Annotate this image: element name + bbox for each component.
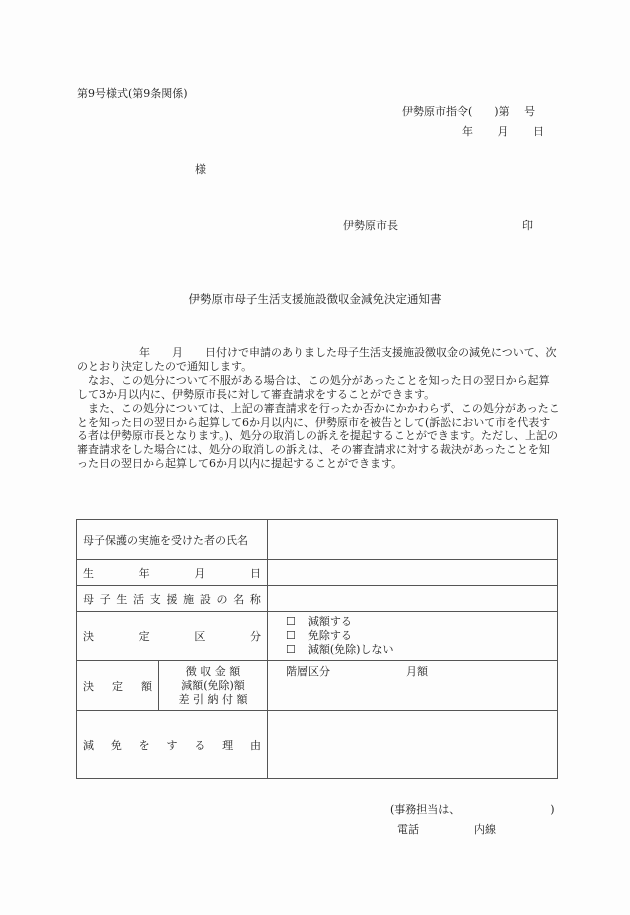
value-facility-name[interactable] — [268, 586, 558, 612]
document-number: 伊勢原市指令( )第 号 — [402, 103, 535, 119]
checkbox-icon: ☐ — [286, 615, 296, 629]
table-row-name: 母子保護の実施を受けた者の氏名 — [77, 520, 558, 560]
monthly-label: 月額 — [406, 663, 428, 679]
option-reduce[interactable]: ☐減額する — [286, 615, 557, 629]
table-row-facility: 母子生活支援施設の名称 — [77, 586, 558, 612]
value-reason[interactable] — [268, 711, 558, 779]
date-year: 年 — [462, 123, 473, 139]
addressee-suffix: 様 — [195, 161, 206, 177]
seal-mark: 印 — [522, 217, 533, 233]
label-decision-amount: 決定額 — [83, 678, 152, 694]
value-recipient-name[interactable] — [268, 520, 558, 560]
tier-label: 階層区分 — [286, 663, 406, 679]
checkbox-icon: ☐ — [286, 643, 296, 657]
paragraph-1: 年月日付けで申請のありました母子生活支援施設徴収金の減免について、次のとおり決定… — [77, 346, 560, 374]
table-row-amount: 決定額 徴 収 金 額 減額(免除)額 差 引 納 付 額 階層区分月額 — [77, 661, 558, 711]
option-exempt[interactable]: ☐免除する — [286, 629, 557, 643]
contact-person: (事務担当は、) — [390, 801, 555, 817]
notice-body: 年月日付けで申請のありました母子生活支援施設徴収金の減免について、次のとおり決定… — [77, 346, 560, 471]
decision-options: ☐減額する ☐免除する ☐減額(免除)しない — [268, 612, 558, 661]
table-row-birth: 生年月日 — [77, 560, 558, 586]
amount-sublabels: 徴 収 金 額 減額(免除)額 差 引 納 付 額 — [159, 661, 268, 711]
table-row-reason: 減免をする理由 — [77, 711, 558, 779]
option-no-reduction[interactable]: ☐減額(免除)しない — [286, 643, 557, 657]
label-facility-name: 母子生活支援施設の名称 — [83, 591, 261, 607]
decision-table: 母子保護の実施を受けた者の氏名 生年月日 母子生活支援施設の名称 決定区分 ☐減… — [76, 519, 558, 779]
contact-phone: 電話内線 — [397, 821, 496, 837]
paragraph-3: また、この処分については、上記の審査請求を行ったか否かにかかわらず、この処分があ… — [77, 402, 560, 472]
label-reason: 減免をする理由 — [83, 737, 261, 753]
issuer: 伊勢原市長 — [343, 217, 398, 233]
amount-values[interactable]: 階層区分月額 — [268, 661, 558, 711]
form-number: 第9号様式(第9条関係) — [77, 85, 188, 101]
label-birthdate: 生年月日 — [83, 565, 261, 581]
document-title: 伊勢原市母子生活支援施設徴収金減免決定通知書 — [0, 291, 630, 307]
table-row-decision: 決定区分 ☐減額する ☐免除する ☐減額(免除)しない — [77, 612, 558, 661]
date-month: 月 — [498, 123, 509, 139]
label-decision-type: 決定区分 — [83, 628, 261, 644]
checkbox-icon: ☐ — [286, 629, 296, 643]
issue-date: 年 月 日 — [462, 123, 544, 139]
date-day: 日 — [533, 123, 544, 139]
paragraph-2: なお、この処分について不服がある場合は、この処分があったことを知った日の翌日から… — [77, 374, 560, 402]
label-recipient-name: 母子保護の実施を受けた者の氏名 — [77, 520, 268, 560]
value-birthdate[interactable] — [268, 560, 558, 586]
